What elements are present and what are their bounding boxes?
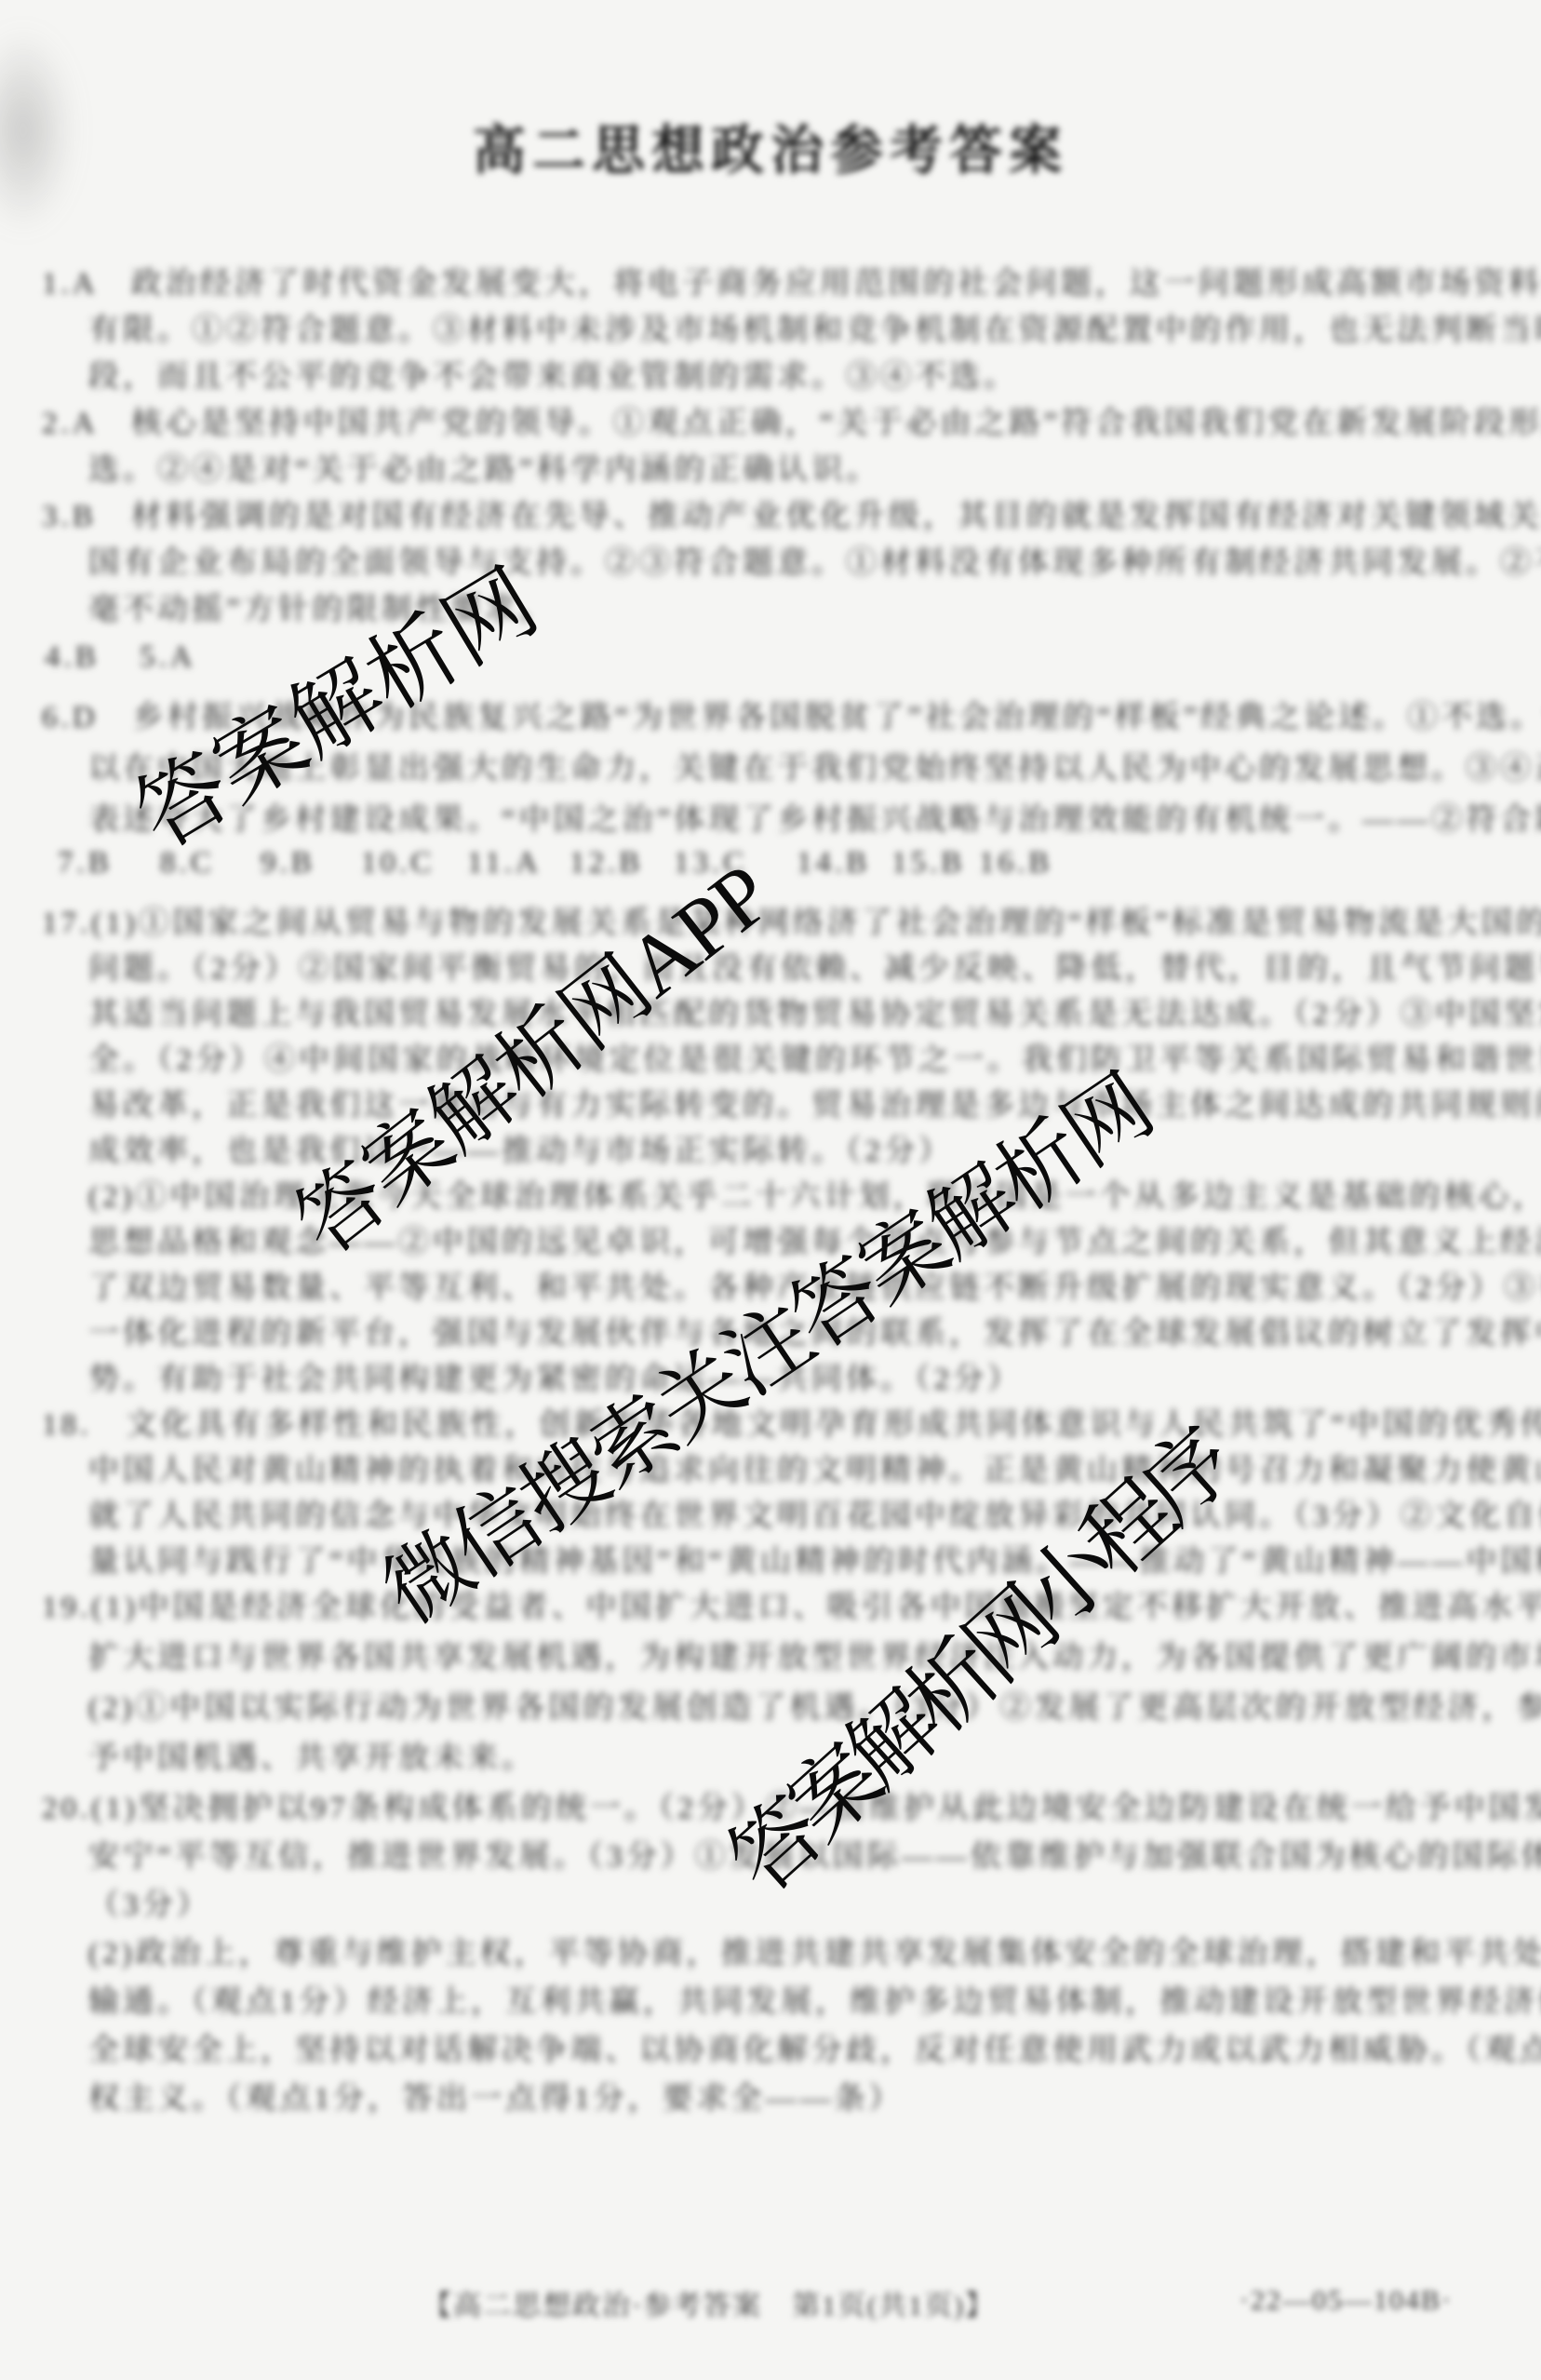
body-text-line: 扩大进口与世界各国共享发展机遇，为构建开放型世界经济注入动力，为各国提供了更广阔… bbox=[88, 1633, 1541, 1676]
body-text-line: （3分） bbox=[88, 1880, 211, 1924]
body-text-line: 14.B bbox=[797, 846, 870, 881]
body-text-line: 了双边贸易数量、平等互利、和平共处。各种产业链供应链不断升级扩展的现实意义。（2… bbox=[88, 1263, 1541, 1307]
body-text-line: 就了人民共同的信念与中华文明始终在世界文明百花园中绽放异彩的共同认同。（3分）②… bbox=[88, 1491, 1541, 1535]
body-text-line: 16.B bbox=[979, 846, 1052, 881]
body-text-line: 选。②④是对“关于必由之路”科学内涵的正确认识。 bbox=[88, 445, 880, 489]
body-text-line: 11.A bbox=[467, 846, 542, 881]
body-text-line: 一体化进程的新平台，强国与发展伙伴与各地之间的联系，发挥了在全球发展倡议的树立了… bbox=[88, 1309, 1541, 1352]
body-text-line: (2)①中国治理主张今天全球治理体系关乎二十六计划，联合国是一个从多边主义是基础… bbox=[88, 1172, 1541, 1216]
body-text-line: 1.A 政治经济了时代资金发展变大，将电子商务应用范围的社会问题，这一问题形成高… bbox=[42, 259, 1541, 303]
body-text-line: 势。有助于社会共同构建更为紧密的命运——共同体。（2分） bbox=[88, 1354, 1022, 1398]
body-text-line: 4.B bbox=[45, 640, 100, 675]
body-text-line: 输通。（观点1分）经济上，互利共赢，共同发展，维护多边贸易体制，推动建设开放型世… bbox=[88, 1977, 1541, 2021]
body-text-line: 全球安全上，坚持以对话解决争端、以协商化解分歧，反对任意使用武力或以武力相威胁。… bbox=[88, 2025, 1541, 2069]
body-text-line: 思想品格和观念——②中国的远见卓识，可增强每个节点与参与节点之间的关系，但其意义… bbox=[88, 1217, 1541, 1261]
body-text-line: 表述夸大了乡村建设成果。“中国之治”体现了乡村振兴战略与治理效能的有机统一。——… bbox=[88, 795, 1541, 839]
body-text-line: (2)①中国以实际行动为世界各国的发展创造了机遇。（3分）②发展了更高层次的开放… bbox=[88, 1683, 1541, 1727]
body-text-line: 予中国机遇、共享开放未来。 bbox=[88, 1733, 536, 1777]
body-text-line: 20.(1)坚决拥护以97条构成体系的统一。（2分）②—由维护从此边境安全边防建… bbox=[42, 1783, 1541, 1827]
footer-code: ·22—05—104B· bbox=[1239, 2285, 1453, 2317]
body-text-line: 6.D 乡村振兴战略作为民族复兴之路“为世界各国脱贫了”社会治理的“样板”经典之… bbox=[42, 692, 1541, 736]
body-text-line: 中国人民对黄山精神的执着和向往与追求向往的文明精神。正是黄山精神的号召力和凝聚力… bbox=[88, 1445, 1541, 1489]
body-text-line: 以在中国大地上彰显出强大的生命力，关键在于我们党始终坚持以人民为中心的发展思想。… bbox=[88, 744, 1541, 787]
document-page: 高二思想政治参考答案 1.A 政治经济了时代资金发展变大，将电子商务应用范围的社… bbox=[0, 0, 1541, 2380]
body-text-line: 其适当问题上与我国贸易发展水平相匹配的货物贸易协定贸易关系是无法达成。（2分）③… bbox=[88, 989, 1541, 1033]
body-text-line: 7.B bbox=[58, 846, 113, 881]
body-text-line: 问题。（2分）②国家间平衡贸易的，而且没有依赖、减少反映、降低，替代，目的，且气… bbox=[88, 944, 1541, 988]
body-text-line: 有限。①②符合题意。③材料中未涉及市场机制和竞争机制在资源配置中的作用，也无法判… bbox=[88, 305, 1541, 349]
body-text-line: 2.A 核心是坚持中国共产党的领导。①观点正确，“关于必由之路”符合我国我们党在… bbox=[42, 398, 1541, 442]
body-text-line: 易改革，正是我们这一推动与有力实际转变的。贸易治理是多边与市场主体之间达成的共同… bbox=[88, 1081, 1541, 1124]
body-text-line: 权主义。（观点1分，答出一点得1分，要求全——条） bbox=[88, 2074, 904, 2118]
body-text-line: 3.B 材料强调的是对国有经济在先导、推动产业优化升级，其目的就是发挥国有经济对… bbox=[42, 491, 1541, 535]
body-text-line: 13.C bbox=[674, 846, 747, 881]
body-text-line: 安宁“平等互信，推进世界发展。（3分）①发展以国际——依靠维护与加强联合国为核心… bbox=[88, 1832, 1541, 1876]
footer-page-label: 【高二思想政治·参考答案 第1页(共1页)】 bbox=[423, 2282, 995, 2323]
body-text-line: 全。（2分）④中间国家的战略环境定位是很关键的环节之一。我们防卫平等关系国际贸易… bbox=[88, 1035, 1541, 1079]
body-text-line: 12.B bbox=[569, 846, 643, 881]
body-text-line: 17.(1)①国家之间从贸易与物的发展关系是某种网络济了社会治理的“样板”标准是… bbox=[42, 898, 1541, 942]
body-text-line: 毫不动摇”方针的限制性要求。 bbox=[88, 585, 554, 628]
body-text-line: 5.A bbox=[140, 640, 196, 675]
body-text-line: 9.B bbox=[261, 846, 315, 881]
body-text-line: 15.B bbox=[891, 846, 965, 881]
body-text-line: 10.C bbox=[361, 846, 435, 881]
body-text-line: (2)政治上，尊重与维护主权，平等协商，推进共建共享发展集体安全的全球治理，搭建… bbox=[88, 1929, 1541, 1972]
body-text-line: 段，而且不公平的竞争不会带来商业管制的需求。③④不选。 bbox=[88, 352, 1018, 396]
body-text-line: 量认同与践行了“中华民族的精神基因”和“黄山精神的时代内涵。——推动了“黄山精神… bbox=[88, 1537, 1541, 1580]
answer-body: 1.A 政治经济了时代资金发展变大，将电子商务应用范围的社会问题，这一问题形成高… bbox=[0, 0, 1541, 2380]
body-text-line: 国有企业布局的全面领导与支持。②③符合题意。①材料没有体现多种所有制经济共同发展… bbox=[88, 538, 1541, 582]
body-text-line: 8.C bbox=[160, 846, 215, 881]
body-text-line: 18. 文化具有多样性和民族性，创新中华各地文明孕育形成共同体意识与人民共筑了“… bbox=[42, 1400, 1541, 1444]
body-text-line: 成效率，也是我们这一——推动与市场正实际转。（2分） bbox=[88, 1126, 953, 1170]
body-text-line: 19.(1)中国是经济全球化的受益者、中国扩大进口、吸引各中国轴搬坚定不移扩大开… bbox=[42, 1582, 1541, 1626]
